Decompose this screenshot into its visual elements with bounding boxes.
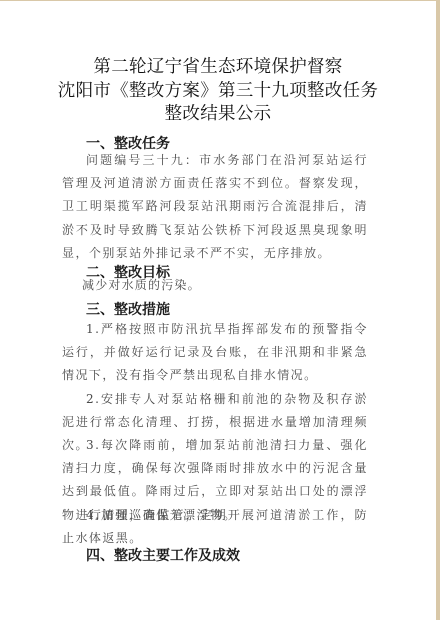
section-heading-results: 四、整改主要工作及成效	[86, 545, 240, 565]
section-task-paragraph: 问题编号三十九：市水务部门在沿河泵站运行管理及河道清淤方面责任落实不到位。督察发…	[62, 149, 368, 265]
measure-item-4: 4.加强巡查监管，定期开展河道清淤工作，防止水体返黑。	[62, 504, 368, 550]
document-page: 第二轮辽宁省生态环境保护督察 沈阳市《整改方案》第三十九项整改任务 整改结果公示…	[0, 1, 436, 620]
section-goal-paragraph: 减少对水质的污染。	[82, 274, 388, 297]
measure-item-1: 1.严格按照市防汛抗旱指挥部发布的预警指令运行，并做好运行记录及台账，在非汛期和…	[62, 318, 368, 388]
document-title-line-2: 沈阳市《整改方案》第三十九项整改任务	[0, 77, 436, 102]
document-title-line-1: 第二轮辽宁省生态环境保护督察	[0, 53, 436, 78]
document-title-line-3: 整改结果公示	[0, 100, 436, 125]
section-heading-measures: 三、整改措施	[86, 299, 170, 319]
